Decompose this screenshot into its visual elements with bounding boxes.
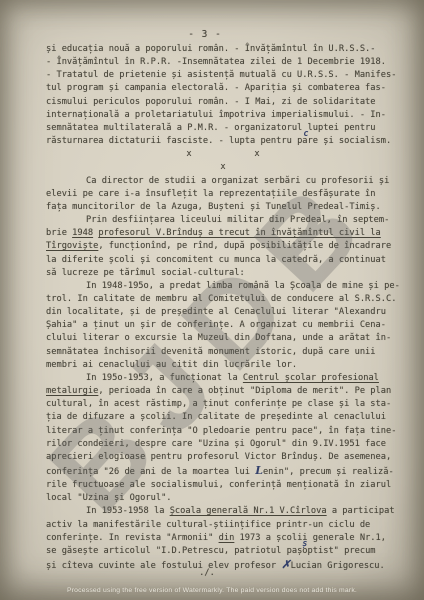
typed-text: In 1948-195o, a predat limba română la Ș… bbox=[86, 281, 400, 291]
text-block: In 1948-195o, a predat limba română la Ș… bbox=[46, 280, 400, 372]
typed-text: 1973 a școlii generale Nr.1, bbox=[234, 533, 386, 543]
text-line: In 1948-195o, a predat limba română la Ș… bbox=[46, 280, 400, 293]
typed-text: - Învățămîntul în R.P.R. -Insemnătatea z… bbox=[46, 57, 386, 67]
document-body: și educația nouă a poporului român. - În… bbox=[46, 43, 400, 573]
text-block: x xx bbox=[46, 148, 400, 174]
text-line: semnătatea multilaterală a P.M.R. - orga… bbox=[46, 122, 400, 135]
typed-text: Ca director de studii a organizat serbăr… bbox=[86, 176, 389, 186]
typed-text: și socialism. bbox=[318, 136, 391, 146]
text-line: In 1953-1958 la Școala generală Nr.1 V.C… bbox=[46, 505, 400, 518]
text-line: membri ai cenaclului au citit din lucrăr… bbox=[46, 359, 400, 372]
text-block: și educația nouă a poporului român. - În… bbox=[46, 43, 400, 148]
typed-text: x bbox=[220, 162, 225, 172]
scanned-document-page: - 3 - și educația nouă a poporului român… bbox=[0, 0, 424, 600]
typed-text: răsturnarea dictaturii fasciste. - lupta… bbox=[46, 136, 297, 146]
typed-text: 1948 bbox=[72, 228, 93, 238]
typed-text: Școala generală Nr.1 V.Cîrlova bbox=[170, 506, 327, 516]
typed-text: precum bbox=[339, 546, 376, 556]
text-line: Tîrgoviște, funcționînd, pe rînd, după p… bbox=[46, 240, 400, 253]
text-line: să lucreze pe tărîmul social-cultural: bbox=[46, 267, 400, 280]
typed-text: literar a ținut conferința "O pledoarie … bbox=[46, 426, 396, 436]
typed-text: Tîrgoviște bbox=[46, 241, 98, 251]
text-line: rile fructuoase ale socialismului, confe… bbox=[46, 479, 400, 492]
typed-text: conferința "26 de ani de la moartea lui bbox=[46, 467, 255, 477]
text-block: In 1953-1958 la Școala generală Nr.1 V.C… bbox=[46, 505, 400, 573]
text-block: Ca director de studii a organizat serbăr… bbox=[46, 175, 400, 214]
typed-text: cismului periculos poporului român. - I … bbox=[46, 97, 376, 107]
text-line: răsturnarea dictaturii fasciste. - lupta… bbox=[46, 135, 400, 148]
typed-text: membri ai cenaclului au citit din lucrăr… bbox=[46, 360, 297, 370]
text-line: literar a ținut conferința "O pledoarie … bbox=[46, 425, 400, 438]
text-line: conferințe. In revista "Armonii" din 197… bbox=[46, 532, 400, 545]
text-line: trol. In calitate de membru al Comitetul… bbox=[46, 293, 400, 306]
text-line: - Învățămîntul în R.P.R. -Insemnătatea z… bbox=[46, 56, 400, 69]
typed-text: brie bbox=[46, 228, 72, 238]
text-line: - Tratatul de prietenie și asistență mut… bbox=[46, 69, 400, 82]
text-line: ția de difuzare a școlii. In calitate de… bbox=[46, 411, 400, 424]
typed-text: , funcționînd, pe rînd, după posibilităț… bbox=[98, 241, 391, 251]
typed-text: local "Uzina și Ogorul". bbox=[46, 493, 172, 503]
typed-text: rilor condeieri, despre care "Uzina și O… bbox=[46, 439, 386, 449]
typed-text: clului literar o excursie la Muzeul din … bbox=[46, 333, 391, 343]
typed-text: parec bbox=[297, 136, 318, 146]
watermark-caption: Processed using the free version of Wate… bbox=[0, 587, 424, 594]
typed-text: la diferite școli și concomitent cu munc… bbox=[46, 255, 386, 265]
typed-text: , perioada în care a obținut "Diploma de… bbox=[98, 386, 391, 396]
typed-text: din bbox=[219, 533, 235, 543]
text-line: x bbox=[46, 161, 400, 174]
typed-text: și educația nouă a poporului român. - În… bbox=[46, 44, 376, 54]
text-line: rilor condeieri, despre care "Uzina și O… bbox=[46, 438, 400, 451]
text-line: se găsește articolul "I.D.Petrescu, patr… bbox=[46, 545, 400, 558]
typed-text: internațională a proletariatului împotri… bbox=[46, 110, 386, 120]
text-line: cultural, în acest răstimp, a ținut conf… bbox=[46, 398, 400, 411]
text-line: din localitate, și de președinte al Cena… bbox=[46, 306, 400, 319]
text-line: internațională a proletariatului împotri… bbox=[46, 109, 400, 122]
text-line: tul program și campania electorală. - Ap… bbox=[46, 82, 400, 95]
text-line: elevii pe care i-a însuflețit la repreze… bbox=[46, 188, 400, 201]
handwritten-annotation: ș bbox=[302, 538, 307, 551]
text-line: fața muncitorilor de la Azuga, Bușteni ș… bbox=[46, 201, 400, 214]
typed-text: se găsește articolul "I.D.Petrescu, patr… bbox=[46, 546, 287, 556]
typed-text: activ la manifestările cultural-științif… bbox=[46, 520, 370, 530]
typed-text: In 1953-1958 la bbox=[86, 506, 170, 516]
text-line: x x bbox=[46, 148, 400, 161]
typed-text: Centrul școlar profesional bbox=[243, 373, 379, 383]
text-line: conferința "26 de ani de la moartea lui … bbox=[46, 464, 400, 479]
handwritten-annotation: c bbox=[303, 128, 308, 141]
typed-text: In 195o-1953, a funcționat la bbox=[86, 373, 243, 383]
typed-text: pașoptist"ș bbox=[287, 546, 339, 556]
typed-text: metalurgie bbox=[46, 386, 98, 396]
page-number: - 3 - bbox=[0, 29, 410, 40]
typed-text: tul program și campania electorală. - Ap… bbox=[46, 83, 386, 93]
text-line: Ca director de studii a organizat serbăr… bbox=[46, 175, 400, 188]
text-line: activ la manifestările cultural-științif… bbox=[46, 519, 400, 532]
typed-text: Prin desființarea liceului militar din P… bbox=[86, 215, 389, 225]
text-line: In 195o-1953, a funcționat la Centrul șc… bbox=[46, 372, 400, 385]
typed-text: ția de difuzare a școlii. In calitate de… bbox=[46, 412, 386, 422]
typed-text: semnătatea închisorii devenită monument … bbox=[46, 347, 376, 357]
typed-text: elevii pe care i-a însuflețit la repreze… bbox=[46, 189, 376, 199]
text-line: și educația nouă a poporului român. - În… bbox=[46, 43, 400, 56]
typed-text: să lucreze pe tărîmul social-cultural: bbox=[46, 268, 245, 278]
text-block: Prin desființarea liceului militar din P… bbox=[46, 214, 400, 280]
typed-text: enin", precum și realiză- bbox=[263, 467, 394, 477]
continuation-mark: ./. bbox=[0, 568, 414, 578]
typed-text: x x bbox=[186, 149, 259, 159]
text-line: semnătatea închisorii devenită monument … bbox=[46, 346, 400, 359]
typed-text: din localitate, și de președinte al Cena… bbox=[46, 307, 386, 317]
text-line: cismului periculos poporului român. - I … bbox=[46, 96, 400, 109]
typed-text: - Tratatul de prietenie și asistență mut… bbox=[46, 70, 396, 80]
text-line: clului literar o excursie la Muzeul din … bbox=[46, 332, 400, 345]
typed-text: fața muncitorilor de la Azuga, Bușteni ș… bbox=[46, 202, 381, 212]
typed-text: trol. In calitate de membru al Comitetul… bbox=[46, 294, 396, 304]
typed-text: rile fructuoase ale socialismului, confe… bbox=[46, 480, 391, 490]
typed-text: conferințe. In revista "Armonii" bbox=[46, 533, 219, 543]
text-line: brie 1948 profesorul V.Brînduș a trecut … bbox=[46, 227, 400, 240]
text-line: metalurgie, perioada în care a obținut "… bbox=[46, 385, 400, 398]
typed-text: aprecieri elogioase pentru profesorul Vi… bbox=[46, 452, 391, 462]
typed-text: semnătatea multilaterală a P.M.R. - orga… bbox=[46, 123, 376, 133]
handwritten-mark: L bbox=[255, 464, 263, 477]
text-block: In 195o-1953, a funcționat la Centrul șc… bbox=[46, 372, 400, 506]
text-line: Prin desființarea liceului militar din P… bbox=[46, 214, 400, 227]
typed-text: Șahia" a ținut un șir de conferințe. A o… bbox=[46, 320, 386, 330]
text-line: aprecieri elogioase pentru profesorul Vi… bbox=[46, 451, 400, 464]
typed-text: profesorul V.Brînduș a trecut în învățăm… bbox=[98, 228, 380, 238]
text-line: local "Uzina și Ogorul". bbox=[46, 492, 400, 505]
typed-text: cultural, în acest răstimp, a ținut conf… bbox=[46, 399, 391, 409]
typed-text: a participat bbox=[327, 506, 395, 516]
text-line: la diferite școli și concomitent cu munc… bbox=[46, 254, 400, 267]
text-line: Șahia" a ținut un șir de conferințe. A o… bbox=[46, 319, 400, 332]
